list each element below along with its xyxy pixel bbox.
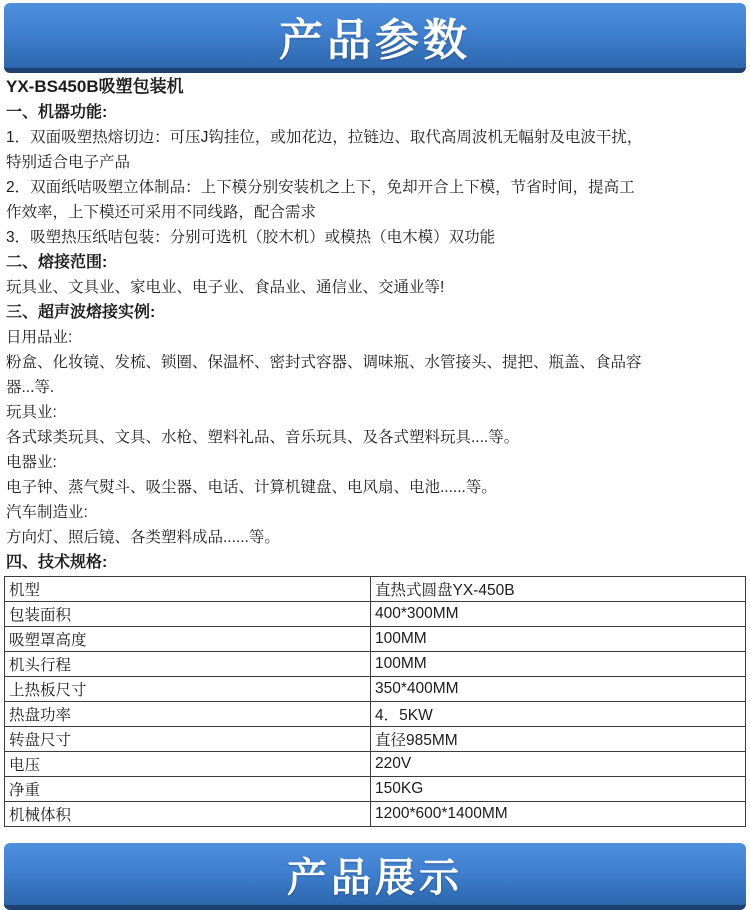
table-row: 转盘尺寸 直径985MM [5,727,746,752]
table-row: 机械体积 1200*600*1400MM [5,802,746,827]
example-group-auto-label: 汽车制造业: [6,500,746,525]
spec-label: 吸塑罩高度 [5,627,371,652]
welding-range-text: 玩具业、文具业、家电业、电子业、食品业、通信业、交通业等! [6,275,746,300]
example-group-appliance-text: 电子钟、蒸气熨斗、吸尘器、电话、计算机键盘、电风扇、电池......等。 [6,475,746,500]
section-heading-welding-range: 二、熔接范围: [6,250,746,275]
spec-label: 电压 [5,752,371,777]
spec-value: 100MM [371,652,746,677]
example-group-toys-label: 玩具业: [6,400,746,425]
parameters-section-banner: 产品参数 [4,3,746,73]
spec-label: 上热板尺寸 [5,677,371,702]
product-detail-page: 产品参数 YX-BS450B吸塑包装机 一、机器功能: 1．双面吸塑热熔切边：可… [0,0,750,910]
spec-label: 热盘功率 [5,702,371,727]
table-row: 机头行程 100MM [5,652,746,677]
table-row: 包装面积 400*300MM [5,602,746,627]
spec-value: 直径985MM [371,727,746,752]
section-heading-machine-functions: 一、机器功能: [6,100,746,125]
function-item-2: 2．双面纸咭吸塑立体制品：上下模分别安装机之上下，免却开合上下模，节省时间，提高… [6,175,746,225]
spec-value: 1200*600*1400MM [371,802,746,827]
function-item-3: 3．吸塑热压纸咭包装：分别可选机（胶木机）或模热（电木模）双功能 [6,225,746,250]
table-row: 吸塑罩高度 100MM [5,627,746,652]
section-heading-specs: 四、技术规格: [6,550,746,575]
spec-label: 机型 [5,577,371,602]
showcase-banner-title: 产品展示 [287,846,463,903]
spec-value: 150KG [371,777,746,802]
example-group-daily-label: 日用品业: [6,325,746,350]
spec-label: 转盘尺寸 [5,727,371,752]
spec-value: 220V [371,752,746,777]
product-title: YX-BS450B吸塑包装机 [6,74,746,100]
spec-value: 4．5KW [371,702,746,727]
spec-value: 直热式圆盘YX-450B [371,577,746,602]
spec-label: 机头行程 [5,652,371,677]
example-group-daily-text: 粉盒、化妆镜、发梳、锁圈、保温杯、密封式容器、调味瓶、水管接头、提把、瓶盖、食品… [6,350,746,400]
spec-value: 100MM [371,627,746,652]
showcase-section-banner: 产品展示 [4,843,746,910]
table-row: 机型 直热式圆盘YX-450B [5,577,746,602]
spec-label: 机械体积 [5,802,371,827]
example-group-auto-text: 方向灯、照后镜、各类塑料成品......等。 [6,525,746,550]
table-row: 热盘功率 4．5KW [5,702,746,727]
spec-label: 包装面积 [5,602,371,627]
product-description: YX-BS450B吸塑包装机 一、机器功能: 1．双面吸塑热熔切边：可压J钩挂位… [6,74,746,576]
table-row: 电压 220V [5,752,746,777]
example-group-toys-text: 各式球类玩具、文具、水枪、塑料礼品、音乐玩具、及各式塑料玩具....等。 [6,425,746,450]
parameters-banner-title: 产品参数 [279,4,471,68]
spec-value: 350*400MM [371,677,746,702]
table-row: 净重 150KG [5,777,746,802]
table-row: 上热板尺寸 350*400MM [5,677,746,702]
spec-label: 净重 [5,777,371,802]
spec-table: 机型 直热式圆盘YX-450B 包装面积 400*300MM 吸塑罩高度 100… [4,576,746,827]
section-heading-welding-examples: 三、超声波熔接实例: [6,300,746,325]
example-group-appliance-label: 电器业: [6,450,746,475]
function-item-1: 1．双面吸塑热熔切边：可压J钩挂位，或加花边，拉链边、取代高周波机无幅射及电波干… [6,125,746,175]
spec-value: 400*300MM [371,602,746,627]
